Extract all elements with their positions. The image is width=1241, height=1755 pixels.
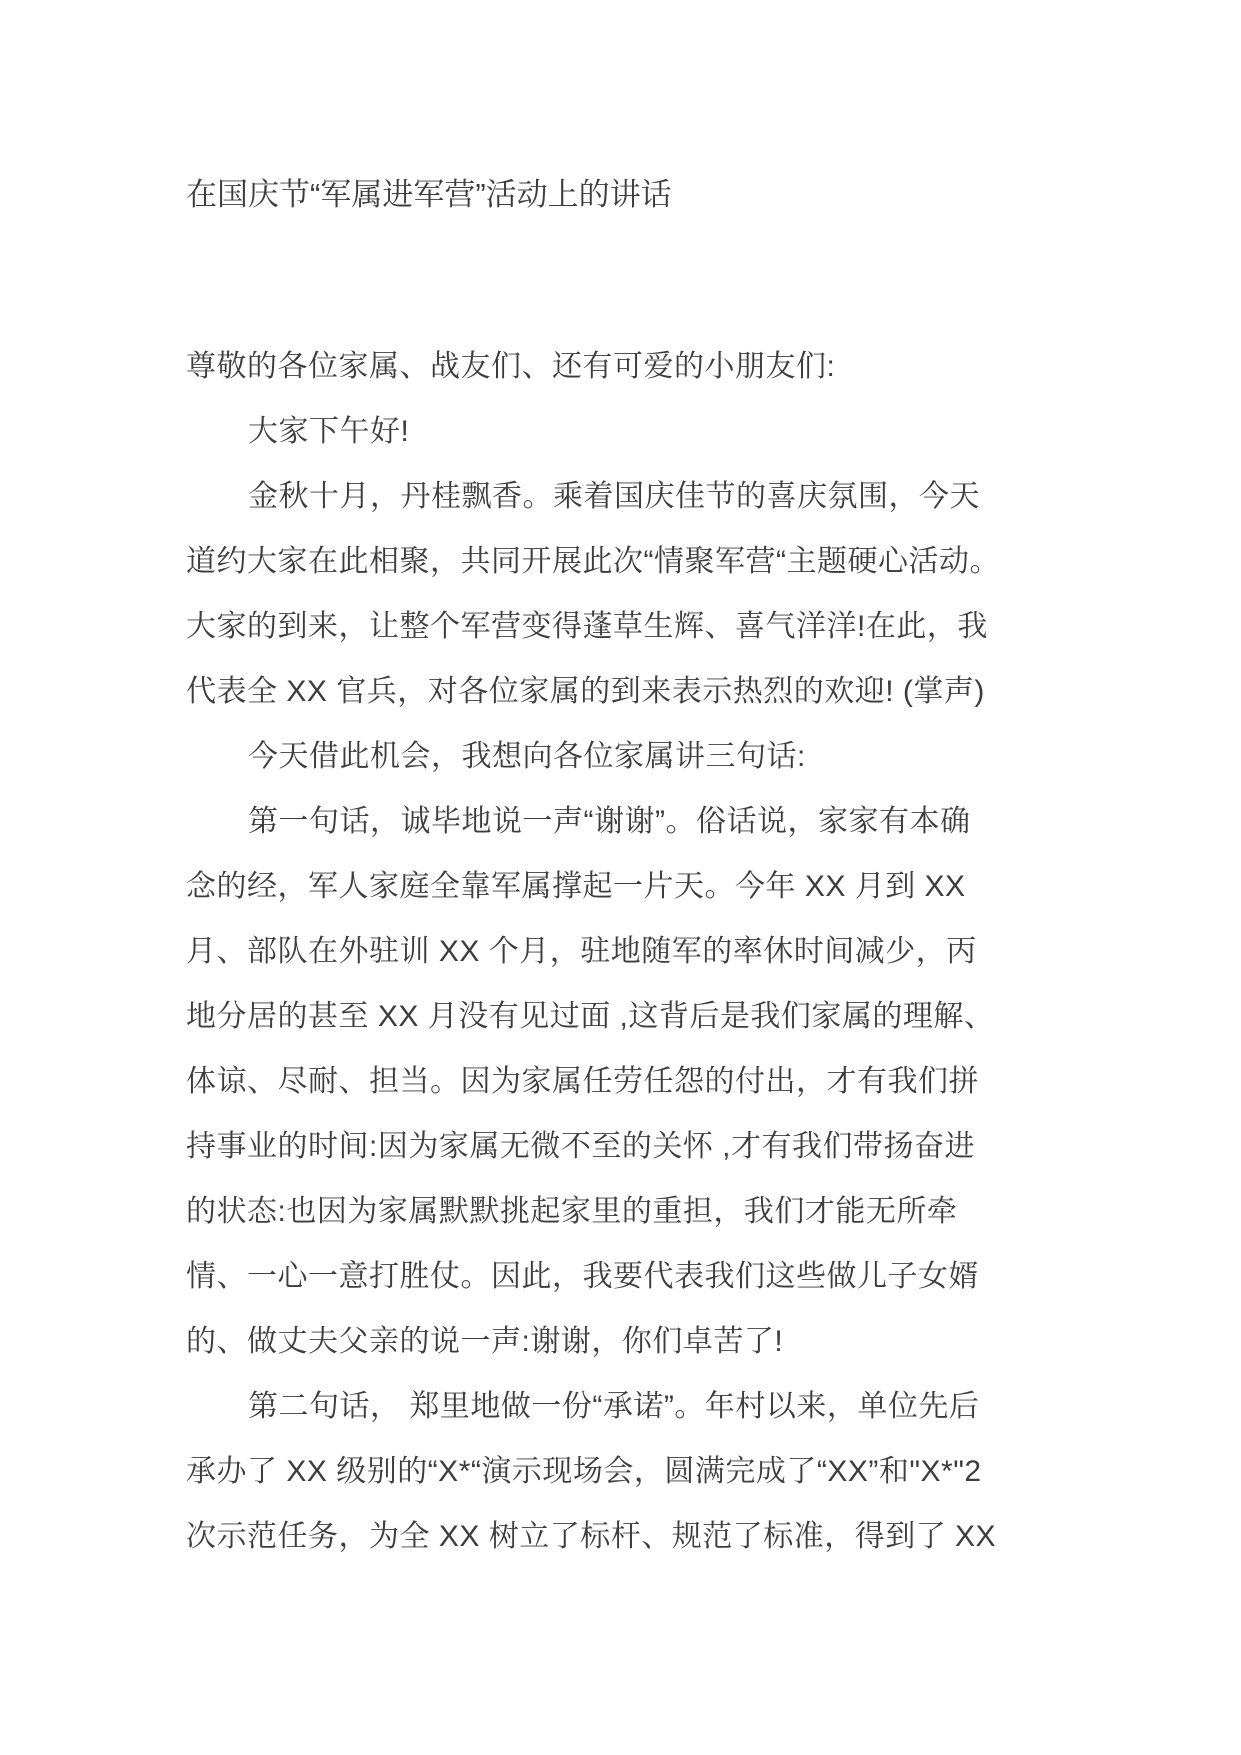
text-line: 念的经，军人家庭全靠军属撑起一片天。今年 XX 月到 XX <box>186 863 1126 928</box>
text-line: 道约大家在此相聚，共同开展此次“情聚军营“主题硬心活动。 <box>186 538 1126 603</box>
title-body-gap <box>186 237 1126 343</box>
text-line: 月、部队在外驻训 XX 个月，驻地随军的率休时间减少，丙 <box>186 928 1126 993</box>
text-line: 的、做丈夫父亲的说一声:谢谢，你们卓苦了! <box>186 1318 1126 1383</box>
text-line: 的状态:也因为家属默默挑起家里的重担，我们才能无所牵 <box>186 1188 1126 1253</box>
text-line: 第一句话，诚毕地说一声“谢谢”。俗话说，家家有本确 <box>186 798 1126 863</box>
text-line: 地分居的甚至 XX 月没有见过面 ,这背后是我们家属的理解、 <box>186 993 1126 1058</box>
text-line: 情、一心一意打胜仗。因此，我要代表我们这些做儿子女婿 <box>186 1253 1126 1318</box>
text-line: 大家下午好! <box>186 408 1126 473</box>
text-line: 今天借此机会，我想向各位家属讲三句话: <box>186 733 1126 798</box>
text-line: 尊敬的各位家属、战友们、还有可爱的小朋友们: <box>186 343 1126 408</box>
text-line: 承办了 XX 级别的“X*“演示现场会，圆满完成了“XX”和"X*"2 <box>186 1448 1126 1513</box>
document-body: 尊敬的各位家属、战友们、还有可爱的小朋友们:大家下午好!金秋十月，丹桂飘香。乘着… <box>186 343 1126 1578</box>
text-line: 持事业的时间:因为家属无微不至的关怀 ,才有我们带扬奋进 <box>186 1123 1126 1188</box>
document-content: 在国庆节“军属进军营”活动上的讲话 尊敬的各位家属、战友们、还有可爱的小朋友们:… <box>186 0 1126 1578</box>
text-line: 第二句话， 郑里地做一份“承诺”。年村以来，单位先后 <box>186 1383 1126 1448</box>
document-page: 在国庆节“军属进军营”活动上的讲话 尊敬的各位家属、战友们、还有可爱的小朋友们:… <box>0 0 1241 1755</box>
text-line: 大家的到来，让整个军营变得蓬草生辉、喜气洋洋!在此，我 <box>186 603 1126 668</box>
document-title: 在国庆节“军属进军营”活动上的讲话 <box>186 172 1126 237</box>
text-line: 体谅、尽耐、担当。因为家属任劳任怨的付出，才有我们拼 <box>186 1058 1126 1123</box>
text-line: 次示范任务，为全 XX 树立了标杆、规范了标准，得到了 XX <box>186 1513 1126 1578</box>
text-line: 代表全 XX 官兵，对各位家属的到来表示热烈的欢迎! (掌声) <box>186 668 1126 733</box>
text-line: 金秋十月，丹桂飘香。乘着国庆佳节的喜庆氛围，今天 <box>186 473 1126 538</box>
